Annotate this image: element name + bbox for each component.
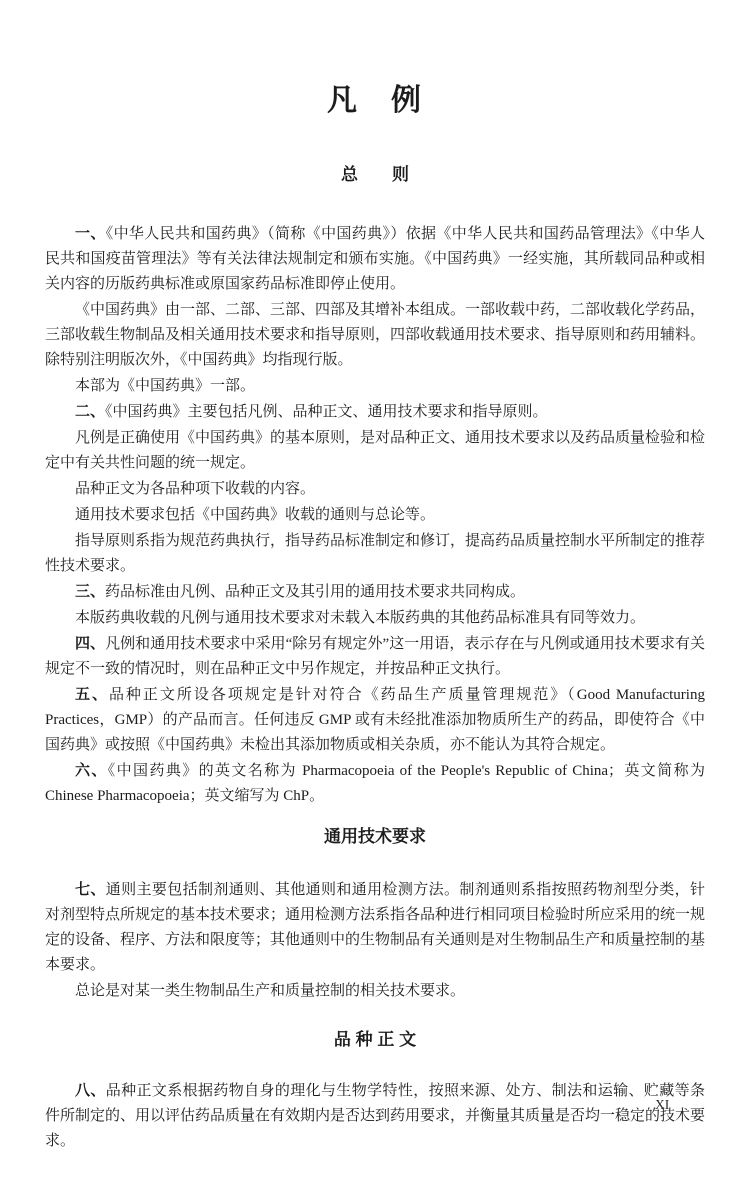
- paragraph: 总论是对某一类生物制品生产和质量控制的相关技术要求。: [45, 978, 705, 1004]
- paragraph-text: 总论是对某一类生物制品生产和质量控制的相关技术要求。: [75, 983, 465, 999]
- paragraph-text: 凡例和通用技术要求中采用“除另有规定外”这一用语，表示存在与凡例或通用技术要求有…: [45, 636, 705, 677]
- item-number: 八、: [75, 1082, 106, 1099]
- paragraph-text: 品种正文为各品种项下收载的内容。: [75, 481, 315, 497]
- paragraph: 品种正文为各品种项下收载的内容。: [45, 476, 705, 502]
- page-content: 凡 例 总 则 一、《中华人民共和国药典》（简称《中国药典》）依据《中华人民共和…: [45, 84, 705, 1154]
- paragraph: 通用技术要求包括《中国药典》收载的通则与总论等。: [45, 502, 705, 528]
- paragraph-text: 《中华人民共和国药典》（简称《中国药典》）依据《中华人民共和国药品管理法》《中华…: [45, 226, 705, 292]
- item-number: 七、: [75, 881, 106, 898]
- paragraph-text: 品种正文所设各项规定是针对符合《药品生产质量管理规范》（Good Manufac…: [45, 687, 705, 753]
- paragraph-text: 本部为《中国药典》一部。: [75, 378, 255, 394]
- paragraph: 七、通则主要包括制剂通则、其他通则和通用检测方法。制剂通则系指按照药物剂型分类，…: [45, 877, 705, 978]
- section-heading-general-technical-requirements: 通用技术要求: [45, 827, 705, 847]
- paragraph: 六、《中国药典》的英文名称为 Pharmacopoeia of the Peop…: [45, 758, 705, 809]
- paragraph-text: 《中国药典》由一部、二部、三部、四部及其增补本组成。一部收载中药，二部收载化学药…: [45, 302, 705, 368]
- paragraph-text: 《中国药典》的英文名称为 Pharmacopoeia of the People…: [45, 763, 705, 804]
- paragraph: 凡例是正确使用《中国药典》的基本原则，是对品种正文、通用技术要求以及药品质量检验…: [45, 425, 705, 476]
- paragraph-text: 指导原则系指为规范药典执行，指导药品标准制定和修订，提高药品质量控制水平所制定的…: [45, 533, 705, 574]
- paragraph-text: 药品标准由凡例、品种正文及其引用的通用技术要求共同构成。: [105, 584, 525, 600]
- paragraph: 八、品种正文系根据药物自身的理化与生物学特性，按照来源、处方、制法和运输、贮藏等…: [45, 1078, 705, 1154]
- document-page: 凡 例 总 则 一、《中华人民共和国药典》（简称《中国药典》）依据《中华人民共和…: [0, 0, 750, 1200]
- section-heading-general-rules: 总 则: [45, 165, 705, 185]
- paragraph-text: 通用技术要求包括《中国药典》收载的通则与总论等。: [75, 507, 435, 523]
- paragraph-text: 品种正文系根据药物自身的理化与生物学特性，按照来源、处方、制法和运输、贮藏等条件…: [45, 1083, 705, 1149]
- page-title: 凡 例: [45, 84, 705, 117]
- paragraph-text: 本版药典收载的凡例与通用技术要求对未载入本版药典的其他药品标准具有同等效力。: [75, 610, 645, 626]
- item-number: 五、: [75, 686, 109, 703]
- paragraph: 五、品种正文所设各项规定是针对符合《药品生产质量管理规范》（Good Manuf…: [45, 682, 705, 758]
- paragraph: 本部为《中国药典》一部。: [45, 373, 705, 399]
- item-number: 六、: [75, 762, 108, 779]
- item-number: 一、: [75, 225, 106, 242]
- paragraph-text: 《中国药典》主要包括凡例、品种正文、通用技术要求和指导原则。: [105, 404, 548, 420]
- paragraph-text: 凡例是正确使用《中国药典》的基本原则，是对品种正文、通用技术要求以及药品质量检验…: [45, 430, 705, 471]
- paragraph: 一、《中华人民共和国药典》（简称《中国药典》）依据《中华人民共和国药品管理法》《…: [45, 221, 705, 297]
- paragraph: 《中国药典》由一部、二部、三部、四部及其增补本组成。一部收载中药，二部收载化学药…: [45, 297, 705, 373]
- paragraph: 本版药典收载的凡例与通用技术要求对未载入本版药典的其他药品标准具有同等效力。: [45, 605, 705, 631]
- paragraph: 二、《中国药典》主要包括凡例、品种正文、通用技术要求和指导原则。: [45, 399, 705, 425]
- section-heading-monographs: 品 种 正 文: [45, 1030, 705, 1050]
- page-number: XI: [655, 1097, 669, 1113]
- item-number: 三、: [75, 583, 105, 600]
- paragraph-text: 通则主要包括制剂通则、其他通则和通用检测方法。制剂通则系指按照药物剂型分类，针对…: [45, 882, 705, 973]
- paragraph: 四、凡例和通用技术要求中采用“除另有规定外”这一用语，表示存在与凡例或通用技术要…: [45, 631, 705, 682]
- item-number: 四、: [75, 635, 105, 652]
- paragraph: 指导原则系指为规范药典执行，指导药品标准制定和修订，提高药品质量控制水平所制定的…: [45, 528, 705, 579]
- item-number: 二、: [75, 403, 105, 420]
- paragraph: 三、药品标准由凡例、品种正文及其引用的通用技术要求共同构成。: [45, 579, 705, 605]
